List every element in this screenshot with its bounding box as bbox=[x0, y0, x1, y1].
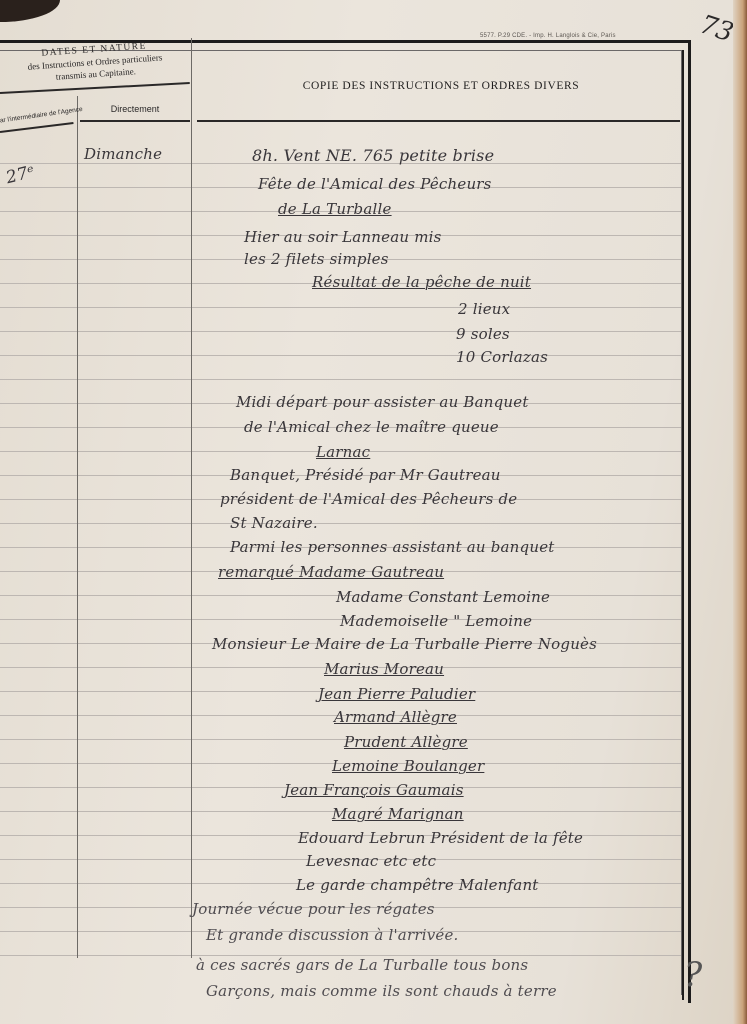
entry-line: Larnac bbox=[316, 443, 370, 461]
entry-line-pencil: Garçons, mais comme ils sont chauds à te… bbox=[206, 982, 557, 1000]
entry-line: Résultat de la pêche de nuit bbox=[312, 273, 531, 291]
header-rule-main bbox=[197, 120, 680, 122]
entry-line: Madame Constant Lemoine bbox=[336, 588, 550, 606]
book-page-edge bbox=[733, 0, 747, 1024]
entry-line: 10 Corlazas bbox=[456, 348, 548, 366]
entry-line: Armand Allègre bbox=[334, 708, 457, 726]
entry-line: 9 soles bbox=[456, 325, 510, 343]
entry-line-pencil: Et grande discussion à l'arrivée. bbox=[206, 926, 459, 944]
header-col-directement: Directement bbox=[80, 104, 190, 114]
logbook-page: 5577. P.29 CDE. - Imp. H. Langlois & Cie… bbox=[0, 0, 736, 1024]
column-divider-agence bbox=[77, 96, 78, 958]
entry-line: Magré Marignan bbox=[332, 805, 464, 823]
column-divider-dates bbox=[191, 38, 192, 958]
entry-line: Mademoiselle " Lemoine bbox=[340, 612, 532, 630]
entry-line: Jean François Gaumais bbox=[284, 781, 464, 799]
entry-line: Prudent Allègre bbox=[344, 733, 468, 751]
entry-line: St Nazaire. bbox=[230, 514, 318, 532]
page-number: 73 bbox=[696, 10, 736, 49]
header-rule-sub-b bbox=[80, 120, 190, 122]
entry-day: Dimanche bbox=[84, 145, 162, 163]
page-corner-shadow bbox=[0, 0, 60, 22]
margin-question-mark: ? bbox=[684, 955, 702, 995]
entry-line: Levesnac etc etc bbox=[306, 852, 436, 870]
entry-line: Le garde champêtre Malenfant bbox=[296, 876, 539, 894]
entry-line: 2 lieux bbox=[458, 300, 510, 318]
entry-line: de La Turballe bbox=[278, 200, 392, 218]
entry-line: Lemoine Boulanger bbox=[332, 757, 484, 775]
entry-line: Banquet, Présidé par Mr Gautreau bbox=[230, 466, 501, 484]
entry-line: de l'Amical chez le maître queue bbox=[244, 418, 499, 436]
entry-line: Marius Moreau bbox=[324, 660, 444, 678]
entry-line: Parmi les personnes assistant au banquet bbox=[230, 538, 555, 556]
entry-line: Hier au soir Lanneau mis bbox=[244, 228, 442, 246]
entry-line-pencil: à ces sacrés gars de La Turballe tous bo… bbox=[196, 956, 528, 974]
column-divider-right bbox=[682, 50, 684, 1000]
entry-line: président de l'Amical des Pêcheurs de bbox=[220, 490, 517, 508]
entry-line: Midi départ pour assister au Banquet bbox=[236, 393, 529, 411]
entry-line: Monsieur Le Maire de La Turballe Pierre … bbox=[212, 635, 597, 653]
printer-mark: 5577. P.29 CDE. - Imp. H. Langlois & Cie… bbox=[480, 33, 616, 39]
entry-line: 8h. Vent NE. 765 petite brise bbox=[252, 146, 494, 165]
entry-line-pencil: Journée vécue pour les régates bbox=[192, 900, 435, 918]
entry-line: Fête de l'Amical des Pêcheurs bbox=[258, 175, 492, 193]
entry-line: remarqué Madame Gautreau bbox=[218, 563, 444, 581]
header-main-title: COPIE DES INSTRUCTIONS ET ORDRES DIVERS bbox=[200, 80, 682, 92]
entry-line: Edouard Lebrun Président de la fête bbox=[298, 829, 583, 847]
entry-line: les 2 filets simples bbox=[244, 250, 389, 268]
entry-line: Jean Pierre Paludier bbox=[318, 685, 475, 703]
